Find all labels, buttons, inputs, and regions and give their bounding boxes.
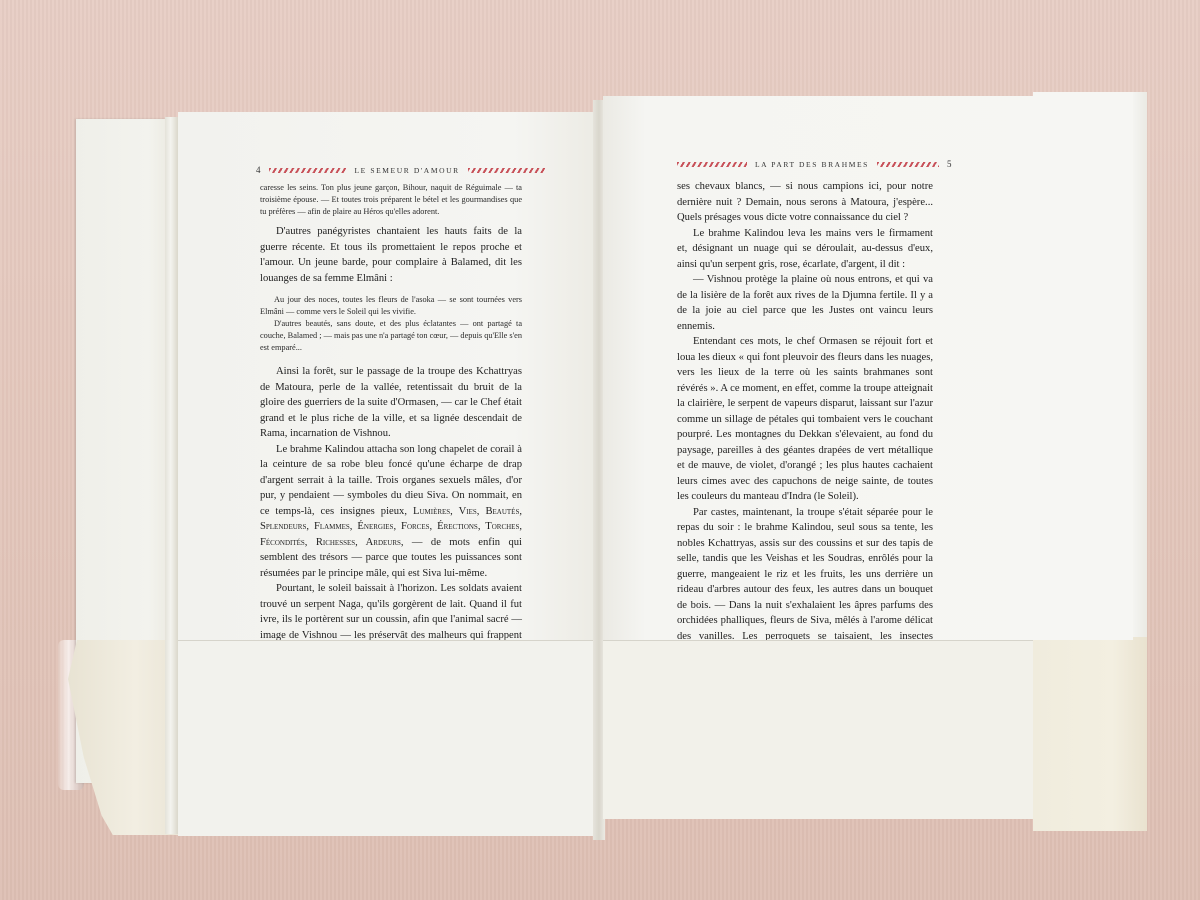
right-running-head-title: LA PART DES BRAHMES bbox=[755, 160, 869, 169]
right-page-folded-lower bbox=[603, 640, 1033, 819]
left-cover-hinge bbox=[165, 117, 179, 834]
paragraph: ses chevaux blancs, — si nous campions i… bbox=[677, 179, 933, 226]
paragraph: D'autres panégyristes chantaient les hau… bbox=[260, 224, 522, 286]
verse-carryover: caresse les seins. Ton plus jeune garçon… bbox=[260, 182, 522, 218]
paragraph: Ainsi la forêt, sur le passage de la tro… bbox=[260, 364, 522, 442]
right-cover-flap-folded bbox=[1033, 632, 1147, 831]
paragraph: Par castes, maintenant, la troupe s'étai… bbox=[677, 505, 933, 660]
red-ornament-rule bbox=[877, 162, 939, 167]
left-running-head-title: LE SEMEUR D'AMOUR bbox=[355, 166, 460, 175]
left-folio: 4 bbox=[256, 165, 261, 175]
verse-stanza: Au jour des noces, toutes les fleurs de … bbox=[260, 294, 522, 318]
paragraph: Entendant ces mots, le chef Ormasen se r… bbox=[677, 334, 933, 505]
right-page: LA PART DES BRAHMES 5 ses chevaux blancs… bbox=[603, 96, 1133, 640]
red-ornament-rule bbox=[468, 168, 546, 173]
red-ornament-rule bbox=[677, 162, 747, 167]
left-running-head: 4 LE SEMEUR D'AMOUR bbox=[256, 165, 596, 175]
left-page-folded-lower bbox=[178, 640, 598, 836]
right-folio: 5 bbox=[947, 159, 952, 169]
right-page-text: ses chevaux blancs, — si nous campions i… bbox=[677, 179, 933, 706]
right-running-head: LA PART DES BRAHMES 5 bbox=[677, 159, 1017, 169]
right-cover-edge bbox=[1133, 92, 1147, 637]
paragraph: Le brahme Kalindou leva les mains vers l… bbox=[677, 226, 933, 273]
verse-stanza: D'autres beautés, sans doute, et des plu… bbox=[260, 318, 522, 354]
paragraph: — Vishnou protège la plaine où nous entr… bbox=[677, 272, 933, 334]
paragraph: Le brahme Kalindou attacha son long chap… bbox=[260, 442, 522, 582]
red-ornament-rule bbox=[269, 168, 347, 173]
poem: Au jour des noces, toutes les fleurs de … bbox=[260, 294, 522, 354]
left-page: 4 LE SEMEUR D'AMOUR caresse les seins. T… bbox=[178, 112, 598, 640]
left-page-text: caresse les seins. Ton plus jeune garçon… bbox=[260, 182, 522, 690]
